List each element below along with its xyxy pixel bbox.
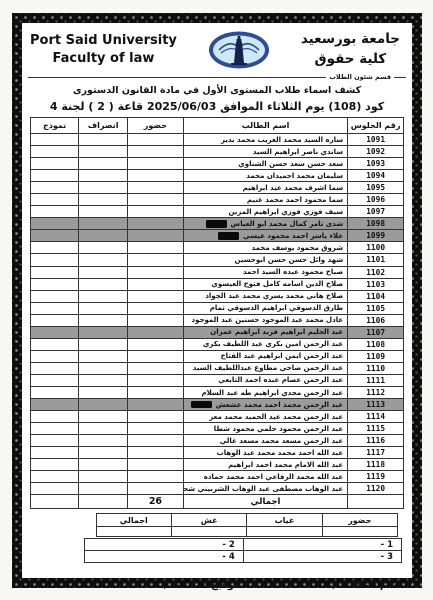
seat-number-cell: 1116 bbox=[348, 435, 404, 447]
total-departure-cell bbox=[79, 495, 128, 509]
seat-number-cell: 1111 bbox=[348, 374, 404, 386]
student-name-cell: سما اشرف محمد عيد ابراهيم bbox=[183, 182, 347, 194]
form-cell bbox=[30, 134, 79, 146]
departure-cell bbox=[79, 194, 128, 206]
departure-cell bbox=[79, 206, 128, 218]
student-name-cell: ساره السيد محمد الغريب محمد بدير bbox=[183, 134, 347, 146]
col-header-seat-number: رقم الجلوس bbox=[348, 118, 404, 134]
ornamental-border: جامعة بورسعيد كلية حقوق bbox=[12, 13, 422, 588]
attendance-cell bbox=[127, 374, 183, 386]
seat-number-cell: 1093 bbox=[348, 158, 404, 170]
departure-cell bbox=[79, 386, 128, 398]
attendance-cell bbox=[127, 206, 183, 218]
student-name-cell: عبد الرحمن محمود حلمي محمود شطا bbox=[183, 423, 347, 435]
attendance-cell bbox=[127, 302, 183, 314]
table-row: 1117عبد الله احمد محمد محمد عبد الوهاب bbox=[30, 447, 403, 459]
student-name: سليمان محمد احميدان محمد bbox=[246, 172, 343, 180]
student-name: شذى تامر كمال محمد ابو العباس bbox=[231, 220, 344, 228]
header-english: Port Said University Faculty of law bbox=[30, 32, 177, 68]
form-cell bbox=[30, 182, 79, 194]
departure-cell bbox=[79, 182, 128, 194]
summary-empty-row bbox=[96, 527, 397, 537]
student-name: صلاح هاني محمد يسري محمد عبد الجواد bbox=[205, 292, 343, 300]
student-name: سما محمود احمد محمد غنيم bbox=[247, 196, 343, 204]
redacted-badge bbox=[218, 232, 239, 240]
attendance-cell bbox=[127, 386, 183, 398]
attendance-cell bbox=[127, 290, 183, 302]
seat-number-cell: 1118 bbox=[348, 459, 404, 471]
attendance-cell bbox=[127, 447, 183, 459]
seat-number-cell: 1098 bbox=[348, 218, 404, 230]
table-row: 1105طارق الدسوقي ابراهيم الدسوقي تمام bbox=[30, 302, 403, 314]
student-name: عبد الرحمن عصام عبده احمد التابعي bbox=[218, 376, 343, 384]
summary-value-cell bbox=[96, 527, 171, 537]
document-page: جامعة بورسعيد كلية حقوق bbox=[22, 23, 412, 578]
notes-table: - 1- 2- 3- 4 bbox=[84, 538, 402, 563]
student-name-cell: عبد الرحمن مجدي ابراهيم طه عبد السلام bbox=[183, 386, 347, 398]
departure-cell bbox=[79, 242, 128, 254]
student-name: سيف فوزي فوزي ابراهيم المزين bbox=[228, 208, 343, 216]
student-name: عبد الوهاب مصطفى عبد الوهاب الشربيني شحا… bbox=[183, 485, 343, 493]
attendance-cell bbox=[127, 170, 183, 182]
student-name: عبد الله محمد الرفاعي احمد محمد حماده bbox=[204, 473, 343, 481]
student-name: صباح محمود عبده السيد احمد bbox=[243, 268, 343, 276]
table-row: 1119عبد الله محمد الرفاعي احمد محمد حماد… bbox=[30, 471, 403, 483]
col-header-attendance: حضور bbox=[127, 118, 183, 134]
seat-number-cell: 1108 bbox=[348, 338, 404, 350]
departure-cell bbox=[79, 254, 128, 266]
university-name-ar: جامعة بورسعيد bbox=[301, 30, 400, 50]
attendance-cell bbox=[127, 266, 183, 278]
student-name: عبد الرحمن محمد احمد محمد عشعش bbox=[216, 401, 343, 409]
table-row: 1110عبد الرحمن ضاحي مطاوع عبداللطيف السي… bbox=[30, 362, 403, 374]
seat-number-cell: 1094 bbox=[348, 170, 404, 182]
departure-cell bbox=[79, 158, 128, 170]
form-cell bbox=[30, 146, 79, 158]
student-name: عبد الرحمن محمود حلمي محمود شطا bbox=[214, 425, 343, 433]
attendance-cell bbox=[127, 158, 183, 170]
form-cell bbox=[30, 314, 79, 326]
student-name-cell: صباح محمود عبده السيد احمد bbox=[183, 266, 347, 278]
table-row: 1091ساره السيد محمد الغريب محمد بدير bbox=[30, 134, 403, 146]
form-cell bbox=[30, 374, 79, 386]
form-cell bbox=[30, 206, 79, 218]
notes-row: - 1- 2 bbox=[85, 539, 402, 551]
total-form-cell bbox=[30, 495, 79, 509]
attendance-cell bbox=[127, 411, 183, 423]
attendance-cell bbox=[127, 182, 183, 194]
form-cell bbox=[30, 435, 79, 447]
table-row: 1102صباح محمود عبده السيد احمد bbox=[30, 266, 403, 278]
attendance-cell bbox=[127, 134, 183, 146]
departure-cell bbox=[79, 266, 128, 278]
form-cell bbox=[30, 194, 79, 206]
summary-col-header: غياب bbox=[247, 514, 322, 527]
seat-number-cell: 1113 bbox=[348, 399, 404, 411]
attendance-cell bbox=[127, 194, 183, 206]
table-row: 1094سليمان محمد احميدان محمد bbox=[30, 170, 403, 182]
student-name-cell: عبد الله الامام محمد احمد ابراهيم bbox=[183, 459, 347, 471]
departure-cell bbox=[79, 302, 128, 314]
table-row: 1108عبد الرحمن امين بكري عبد اللطيف بكري bbox=[30, 338, 403, 350]
departure-cell bbox=[79, 374, 128, 386]
summary-col-header: اجمالي bbox=[96, 514, 171, 527]
student-name-cell: شروق محمود يوسف محمد bbox=[183, 242, 347, 254]
table-row: 1097سيف فوزي فوزي ابراهيم المزين bbox=[30, 206, 403, 218]
divider-line bbox=[394, 77, 406, 78]
departure-cell bbox=[79, 314, 128, 326]
departure-cell bbox=[79, 290, 128, 302]
form-cell bbox=[30, 326, 79, 338]
student-name: عبد الرحمن ايمن ابراهيم عبد الفتاح bbox=[221, 352, 344, 360]
notes-row: - 3- 4 bbox=[85, 551, 402, 563]
note-item-cell: - 3 bbox=[243, 551, 401, 563]
attendance-cell bbox=[127, 423, 183, 435]
departure-cell bbox=[79, 326, 128, 338]
document-header: جامعة بورسعيد كلية حقوق bbox=[28, 27, 406, 70]
seat-number-cell: 1107 bbox=[348, 326, 404, 338]
table-row: 1104صلاح هاني محمد يسري محمد عبد الجواد bbox=[30, 290, 403, 302]
student-name: سما اشرف محمد عيد ابراهيم bbox=[243, 184, 344, 192]
form-cell bbox=[30, 423, 79, 435]
departure-cell bbox=[79, 170, 128, 182]
summary-col-header: حضور bbox=[322, 514, 397, 527]
attendance-cell bbox=[127, 326, 183, 338]
summary-header-row: حضورغيابغشاجمالي bbox=[96, 514, 397, 527]
students-table: رقم الجلوس اسم الطالب حضور انصراف نموذج … bbox=[30, 117, 404, 509]
departure-cell bbox=[79, 423, 128, 435]
table-row: 1098شذى تامر كمال محمد ابو العباس bbox=[30, 218, 403, 230]
student-name-cell: عبد الرحمن مسعد محمد مسعد غالي bbox=[183, 435, 347, 447]
student-name: شروق محمود يوسف محمد bbox=[252, 244, 344, 252]
seat-number-cell: 1092 bbox=[348, 146, 404, 158]
student-name-cell: صلاح الدين اسامه كامل فتوح العيسوي bbox=[183, 278, 347, 290]
form-cell bbox=[30, 483, 79, 495]
student-name-cell: عبد الحليم ابراهيم فريد ابراهيم عمران bbox=[183, 326, 347, 338]
faculty-name-en: Faculty of law bbox=[30, 50, 177, 68]
form-cell bbox=[30, 362, 79, 374]
departure-cell bbox=[79, 471, 128, 483]
university-logo-icon bbox=[207, 30, 271, 70]
student-name-cell: ساندي ناصر ابراهيم السيد bbox=[183, 146, 347, 158]
table-row: 1107عبد الحليم ابراهيم فريد ابراهيم عمرا… bbox=[30, 326, 403, 338]
form-cell bbox=[30, 350, 79, 362]
summary-value-cell bbox=[171, 527, 246, 537]
redacted-badge bbox=[206, 220, 227, 228]
table-row: 1111عبد الرحمن عصام عبده احمد التابعي bbox=[30, 374, 403, 386]
col-header-departure: انصراف bbox=[79, 118, 128, 134]
note-item-cell: - 1 bbox=[243, 539, 401, 551]
seat-number-cell: 1097 bbox=[348, 206, 404, 218]
departure-cell bbox=[79, 362, 128, 374]
attendance-cell bbox=[127, 278, 183, 290]
seat-number-cell: 1103 bbox=[348, 278, 404, 290]
attendance-cell bbox=[127, 338, 183, 350]
scanned-attendance-sheet: جامعة بورسعيد كلية حقوق bbox=[0, 0, 433, 600]
student-name: شهد وائل حسن حسن ابوحسين bbox=[235, 256, 344, 264]
student-name: علاء ياسر احمد محمود عيسي bbox=[243, 232, 343, 240]
seat-number-cell: 1099 bbox=[348, 230, 404, 242]
student-name-cell: عبد الرحمن ايمن ابراهيم عبد الفتاح bbox=[183, 350, 347, 362]
seat-number-cell: 1102 bbox=[348, 266, 404, 278]
form-cell bbox=[30, 218, 79, 230]
observer-name-label: اسم الملاحظ / bbox=[332, 580, 400, 591]
student-name-cell: سما محمود احمد محمد غنيم bbox=[183, 194, 347, 206]
attendance-cell bbox=[127, 314, 183, 326]
form-cell bbox=[30, 386, 79, 398]
seat-number-cell: 1120 bbox=[348, 483, 404, 495]
attendance-cell bbox=[127, 254, 183, 266]
student-name-cell: عبد الله احمد محمد محمد عبد الوهاب bbox=[183, 447, 347, 459]
table-row: 1112عبد الرحمن مجدي ابراهيم طه عبد السلا… bbox=[30, 386, 403, 398]
table-row: 1109عبد الرحمن ايمن ابراهيم عبد الفتاح bbox=[30, 350, 403, 362]
observer-signature-label: توقيع الملاحظ / bbox=[164, 580, 238, 591]
student-name-cell: سيف فوزي فوزي ابراهيم المزين bbox=[183, 206, 347, 218]
form-cell bbox=[30, 411, 79, 423]
department-divider: قسم شئون الطلاب bbox=[28, 73, 406, 81]
summary-col-header: غش bbox=[171, 514, 246, 527]
table-row: 1096سما محمود احمد محمد غنيم bbox=[30, 194, 403, 206]
departure-cell bbox=[79, 483, 128, 495]
attendance-cell bbox=[127, 399, 183, 411]
document-title: كشف اسماء طلاب المستوى الأول في مادة الق… bbox=[28, 85, 406, 96]
total-row: اجمالي26 bbox=[30, 495, 403, 509]
university-name-en: Port Said University bbox=[30, 32, 177, 50]
departure-cell bbox=[79, 399, 128, 411]
student-name-cell: عبد الرحمن ضاحي مطاوع عبداللطيف السيد bbox=[183, 362, 347, 374]
student-name: ساره السيد محمد الغريب محمد بدير bbox=[221, 136, 343, 144]
student-name-cell: طارق الدسوقي ابراهيم الدسوقي تمام bbox=[183, 302, 347, 314]
note-item-cell: - 4 bbox=[85, 551, 243, 563]
seat-number-cell: 1115 bbox=[348, 423, 404, 435]
departure-cell bbox=[79, 218, 128, 230]
attendance-cell bbox=[127, 242, 183, 254]
form-cell bbox=[30, 338, 79, 350]
attendance-cell bbox=[127, 146, 183, 158]
attendance-cell bbox=[127, 459, 183, 471]
table-row: 1103صلاح الدين اسامه كامل فتوح العيسوي bbox=[30, 278, 403, 290]
divider-line bbox=[28, 77, 326, 78]
signature-row: اسم الملاحظ / توقيع الملاحظ / bbox=[28, 580, 406, 591]
seat-number-cell: 1117 bbox=[348, 447, 404, 459]
student-name-cell: عبد الرحمن امين بكري عبد اللطيف بكري bbox=[183, 338, 347, 350]
form-cell bbox=[30, 266, 79, 278]
student-name-cell: سعد حسن سعد حسن الشناوي bbox=[183, 158, 347, 170]
seat-number-cell: 1104 bbox=[348, 290, 404, 302]
student-name-cell: عبد الوهاب مصطفى عبد الوهاب الشربيني شحا… bbox=[183, 483, 347, 495]
departure-cell bbox=[79, 459, 128, 471]
table-row: 1115عبد الرحمن محمود حلمي محمود شطا bbox=[30, 423, 403, 435]
student-name: عبد الرحمن امين بكري عبد اللطيف بكري bbox=[203, 340, 343, 348]
table-row: 1092ساندي ناصر ابراهيم السيد bbox=[30, 146, 403, 158]
form-cell bbox=[30, 158, 79, 170]
student-name: سعد حسن سعد حسن الشناوي bbox=[238, 160, 343, 168]
redacted-badge bbox=[191, 401, 212, 409]
total-seat-cell bbox=[348, 495, 404, 509]
seat-number-cell: 1101 bbox=[348, 254, 404, 266]
attendance-cell bbox=[127, 230, 183, 242]
student-name: عبد الرحمن مسعد محمد مسعد غالي bbox=[220, 437, 343, 445]
student-name: عبد الله الامام محمد احمد ابراهيم bbox=[228, 461, 343, 469]
form-cell bbox=[30, 447, 79, 459]
table-row: 1114عبد الرحمن محمد عبد الحميد محمد معز bbox=[30, 411, 403, 423]
departure-cell bbox=[79, 134, 128, 146]
student-name: عادل محمد عبد الموجود حسنين عبد الموجود bbox=[192, 316, 344, 324]
student-name-cell: شهد وائل حسن حسن ابوحسين bbox=[183, 254, 347, 266]
departure-cell bbox=[79, 338, 128, 350]
total-attendance-cell: 26 bbox=[127, 495, 183, 509]
seat-number-cell: 1110 bbox=[348, 362, 404, 374]
student-name-cell: عبد الرحمن عصام عبده احمد التابعي bbox=[183, 374, 347, 386]
attendance-cell bbox=[127, 350, 183, 362]
note-item-cell: - 2 bbox=[85, 539, 243, 551]
table-header-row: رقم الجلوس اسم الطالب حضور انصراف نموذج bbox=[30, 118, 403, 134]
student-name-cell: عبد الرحمن محمد احمد محمد عشعش bbox=[183, 399, 347, 411]
departure-cell bbox=[79, 411, 128, 423]
seat-number-cell: 1095 bbox=[348, 182, 404, 194]
student-name-cell: عبد الله محمد الرفاعي احمد محمد حماده bbox=[183, 471, 347, 483]
departure-cell bbox=[79, 435, 128, 447]
student-name-cell: صلاح هاني محمد يسري محمد عبد الجواد bbox=[183, 290, 347, 302]
student-name: ساندي ناصر ابراهيم السيد bbox=[253, 148, 343, 156]
student-name-cell: عبد الرحمن محمد عبد الحميد محمد معز bbox=[183, 411, 347, 423]
table-row: 1116عبد الرحمن مسعد محمد مسعد غالي bbox=[30, 435, 403, 447]
table-row: 1095سما اشرف محمد عيد ابراهيم bbox=[30, 182, 403, 194]
form-cell bbox=[30, 242, 79, 254]
department-label: قسم شئون الطلاب bbox=[326, 73, 394, 81]
student-name-cell: عادل محمد عبد الموجود حسنين عبد الموجود bbox=[183, 314, 347, 326]
seat-number-cell: 1112 bbox=[348, 386, 404, 398]
col-header-student-name: اسم الطالب bbox=[183, 118, 347, 134]
col-header-form: نموذج bbox=[30, 118, 79, 134]
seat-number-cell: 1100 bbox=[348, 242, 404, 254]
table-row: 1106عادل محمد عبد الموجود حسنين عبد المو… bbox=[30, 314, 403, 326]
attendance-cell bbox=[127, 362, 183, 374]
total-label-cell: اجمالي bbox=[183, 495, 347, 509]
table-row: 1099علاء ياسر احمد محمود عيسي bbox=[30, 230, 403, 242]
attendance-summary-table: حضورغيابغشاجمالي bbox=[96, 513, 398, 537]
departure-cell bbox=[79, 447, 128, 459]
student-name: عبد الرحمن ضاحي مطاوع عبداللطيف السيد bbox=[193, 364, 343, 372]
seat-number-cell: 1091 bbox=[348, 134, 404, 146]
form-cell bbox=[30, 290, 79, 302]
form-cell bbox=[30, 459, 79, 471]
seat-number-cell: 1105 bbox=[348, 302, 404, 314]
form-cell bbox=[30, 302, 79, 314]
form-cell bbox=[30, 230, 79, 242]
table-row: 1113عبد الرحمن محمد احمد محمد عشعش bbox=[30, 399, 403, 411]
session-info-line: كود (108) يوم الثلاثاء الموافق 2025/06/0… bbox=[28, 100, 406, 113]
student-name: عبد الحليم ابراهيم فريد ابراهيم عمران bbox=[210, 328, 343, 336]
summary-value-cell bbox=[322, 527, 397, 537]
student-name-cell: سليمان محمد احميدان محمد bbox=[183, 170, 347, 182]
table-row: 1118عبد الله الامام محمد احمد ابراهيم bbox=[30, 459, 403, 471]
seat-number-cell: 1096 bbox=[348, 194, 404, 206]
student-name: صلاح الدين اسامه كامل فتوح العيسوي bbox=[211, 280, 343, 288]
form-cell bbox=[30, 471, 79, 483]
attendance-cell bbox=[127, 218, 183, 230]
seat-number-cell: 1109 bbox=[348, 350, 404, 362]
form-cell bbox=[30, 278, 79, 290]
departure-cell bbox=[79, 146, 128, 158]
student-name: عبد الرحمن مجدي ابراهيم طه عبد السلام bbox=[201, 389, 343, 397]
departure-cell bbox=[79, 278, 128, 290]
student-name: عبد الله احمد محمد محمد عبد الوهاب bbox=[217, 449, 343, 457]
table-row: 1093سعد حسن سعد حسن الشناوي bbox=[30, 158, 403, 170]
attendance-cell bbox=[127, 435, 183, 447]
form-cell bbox=[30, 170, 79, 182]
student-name: عبد الرحمن محمد عبد الحميد محمد معز bbox=[209, 413, 343, 421]
attendance-cell bbox=[127, 471, 183, 483]
seat-number-cell: 1114 bbox=[348, 411, 404, 423]
form-cell bbox=[30, 399, 79, 411]
seat-number-cell: 1106 bbox=[348, 314, 404, 326]
attendance-cell bbox=[127, 483, 183, 495]
faculty-name-ar: كلية حقوق bbox=[301, 50, 400, 70]
student-name: طارق الدسوقي ابراهيم الدسوقي تمام bbox=[210, 304, 343, 312]
seat-number-cell: 1119 bbox=[348, 471, 404, 483]
table-row: 1100شروق محمود يوسف محمد bbox=[30, 242, 403, 254]
student-name-cell: شذى تامر كمال محمد ابو العباس bbox=[183, 218, 347, 230]
departure-cell bbox=[79, 350, 128, 362]
departure-cell bbox=[79, 230, 128, 242]
summary-value-cell bbox=[247, 527, 322, 537]
table-row: 1120عبد الوهاب مصطفى عبد الوهاب الشربيني… bbox=[30, 483, 403, 495]
table-row: 1101شهد وائل حسن حسن ابوحسين bbox=[30, 254, 403, 266]
form-cell bbox=[30, 254, 79, 266]
student-name-cell: علاء ياسر احمد محمود عيسي bbox=[183, 230, 347, 242]
header-arabic: جامعة بورسعيد كلية حقوق bbox=[301, 30, 400, 69]
